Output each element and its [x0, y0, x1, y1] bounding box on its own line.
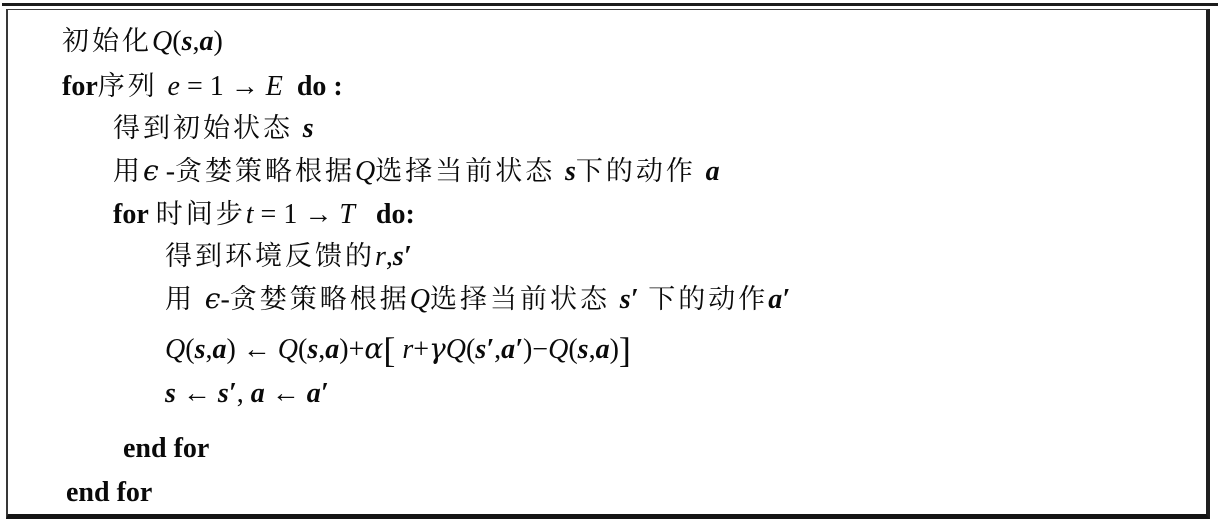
text-segment: = 1 →	[254, 199, 340, 230]
line-get-initial-state: 得到初始状态 s	[113, 109, 314, 147]
text-segment: 贪婪策略根据	[175, 156, 355, 186]
line-end-for-outer: end for	[66, 474, 152, 512]
text-segment: a	[596, 334, 610, 365]
text-segment: (	[568, 334, 577, 365]
text-segment: Q	[355, 156, 375, 187]
text-segment: 下的动作	[576, 156, 706, 186]
text-segment: r	[375, 241, 386, 272]
text-segment: ]	[619, 330, 631, 370]
text-segment: α	[364, 332, 383, 365]
text-segment: a	[706, 156, 720, 187]
algorithm-pseudocode-box: 初始化Q(s,a)for序列 e = 1 → E do :得到初始状态 s用ϵ …	[6, 9, 1210, 519]
text-segment: s	[303, 113, 314, 144]
text-segment: )	[213, 26, 222, 57]
text-segment: −	[532, 334, 548, 365]
text-segment: (	[298, 334, 307, 365]
text-segment: s′	[218, 378, 237, 409]
text-segment: = 1 →	[180, 71, 266, 102]
text-segment: e	[168, 71, 180, 102]
text-segment: Q	[410, 284, 430, 315]
line-state-action-shift: s ← s′, a ← a′	[165, 375, 329, 413]
text-segment: Q	[548, 334, 568, 365]
text-segment: ,	[386, 241, 393, 272]
text-segment: 选择当前状态	[430, 284, 620, 314]
text-segment: ϵ	[205, 282, 221, 315]
text-segment: (	[466, 334, 475, 365]
text-segment: Q	[152, 26, 172, 57]
text-segment: 用	[165, 284, 205, 314]
text-segment: end for	[66, 477, 152, 508]
text-segment: Q	[165, 334, 185, 365]
line-initialize-q: 初始化Q(s,a)	[62, 22, 223, 60]
text-segment: 时间步	[156, 199, 246, 229]
text-segment: s′	[393, 241, 412, 272]
text-segment: -	[159, 156, 175, 187]
text-segment: +	[349, 334, 365, 365]
text-segment: )	[610, 334, 619, 365]
text-segment: )	[523, 334, 532, 365]
text-segment: s	[565, 156, 576, 187]
text-segment: [	[383, 330, 395, 370]
text-segment: 得到环境反馈的	[165, 241, 375, 271]
text-segment: r	[402, 334, 413, 365]
text-segment: ϵ	[143, 154, 159, 187]
line-end-for-inner: end for	[123, 430, 209, 468]
text-segment: a	[212, 334, 226, 365]
text-segment: for	[113, 199, 156, 230]
text-segment: s	[307, 334, 318, 365]
text-segment: γ	[429, 332, 446, 365]
text-segment: for	[62, 71, 98, 102]
text-segment	[283, 71, 297, 102]
text-segment: ←	[236, 334, 278, 365]
line-epsilon-greedy-next-action: 用 ϵ-贪婪策略根据Q选择当前状态 s′ 下的动作a′	[165, 280, 790, 318]
text-segment: E	[266, 71, 283, 102]
text-segment: )	[339, 334, 348, 365]
text-segment: do :	[297, 71, 343, 102]
line-q-update-formula: Q(s,a) ← Q(s,a)+α[ r+γQ(s′,a′)−Q(s,a)]	[165, 330, 631, 368]
text-segment: do:	[376, 199, 415, 230]
text-segment: +	[413, 334, 429, 365]
text-segment: ,	[589, 334, 596, 365]
text-segment: Q	[446, 334, 466, 365]
text-segment: T	[339, 199, 355, 230]
text-segment: (	[172, 26, 181, 57]
text-segment	[355, 199, 376, 230]
text-segment: s′	[620, 284, 639, 315]
text-segment: a′	[768, 284, 790, 315]
text-segment: ←	[265, 378, 307, 409]
text-segment: s	[182, 26, 193, 57]
text-segment: 初始化	[62, 26, 152, 56]
line-for-timestep: for 时间步t = 1 → T do:	[113, 195, 415, 233]
text-segment: 选择当前状态	[375, 156, 565, 186]
line-for-episode: for序列 e = 1 → E do :	[62, 67, 343, 105]
text-segment: a′	[501, 334, 523, 365]
text-segment: a	[325, 334, 339, 365]
text-segment: 用	[113, 156, 143, 186]
text-segment: end for	[123, 433, 209, 464]
text-segment: s	[195, 334, 206, 365]
text-segment: a	[251, 378, 265, 409]
text-segment: s	[165, 378, 176, 409]
line-epsilon-greedy-action: 用ϵ -贪婪策略根据Q选择当前状态 s下的动作 a	[113, 152, 720, 190]
line-observe-feedback: 得到环境反馈的r,s′	[165, 237, 412, 275]
top-rule-line	[2, 3, 1218, 6]
text-segment: )	[226, 334, 235, 365]
text-segment: -	[220, 284, 229, 315]
text-segment: (	[185, 334, 194, 365]
text-segment: ←	[176, 378, 218, 409]
text-segment: s	[578, 334, 589, 365]
text-segment: ,	[237, 378, 251, 409]
text-segment: a′	[307, 378, 329, 409]
text-segment: 下的动作	[639, 284, 769, 314]
text-segment: a	[199, 26, 213, 57]
text-segment: t	[246, 199, 254, 230]
text-segment: 贪婪策略根据	[230, 284, 410, 314]
text-segment: Q	[278, 334, 298, 365]
text-segment: 得到初始状态	[113, 113, 303, 143]
text-segment: s′	[475, 334, 494, 365]
text-segment: 序列	[98, 71, 168, 101]
